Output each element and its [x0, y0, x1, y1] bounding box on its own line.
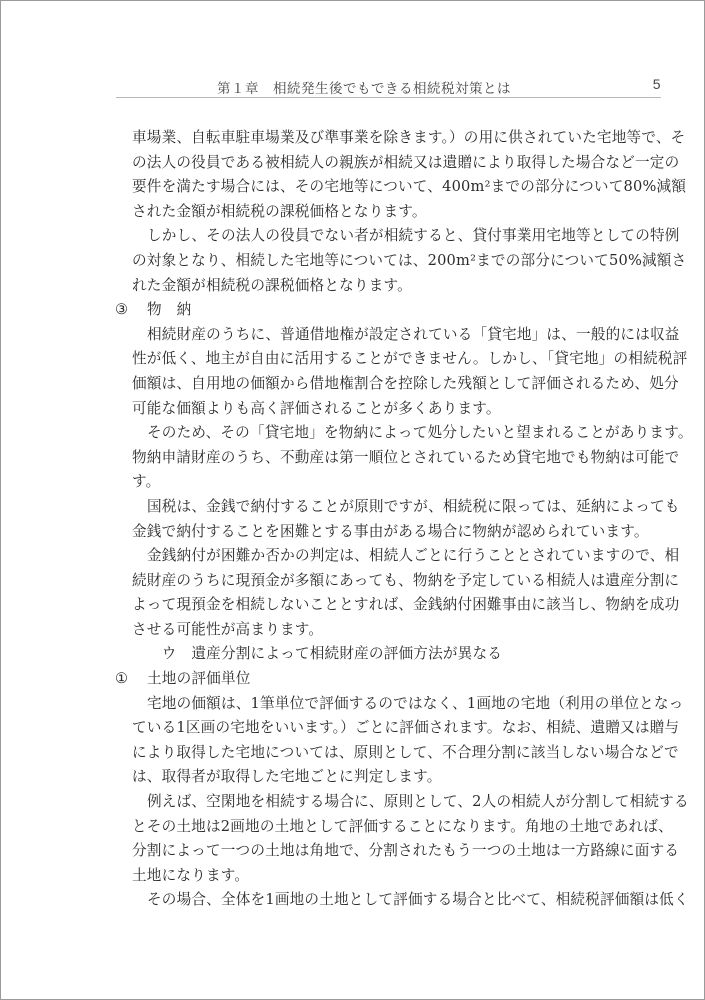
line-text: 相続財産のうちに、普通借地権が設定されている「貸宅地」は、一般的には収益	[147, 326, 680, 343]
paragraph-first-line: そのため、その「貸宅地」を物納によって処分したいと望まれることがあります。	[132, 421, 680, 446]
body-text: 車場業、自転車駐車場業及び準事業を除きます。）の用に供されていた宅地等で、その法…	[132, 126, 680, 913]
line-text: により取得した宅地については、原則として、不合理分割に該当しない場合などで	[132, 744, 679, 761]
line-text: れた金額が相続税の課税価格となります。	[132, 277, 412, 294]
line-text: させる可能性が高まります。	[132, 621, 323, 638]
paragraph-line: 金銭で納付することを困難とする事由がある場合に物納が認められています。	[132, 520, 680, 545]
numbered-heading: ③物 納	[115, 298, 680, 323]
line-text: ウ 遺産分割によって相続財産の評価方法が異なる	[147, 645, 502, 662]
paragraph-line: の法人の役員である被相続人の親族が相続又は遺贈により取得した場合など一定の	[132, 151, 680, 176]
line-text: された金額が相続税の課税価格となります。	[132, 203, 427, 220]
paragraph-line: された金額が相続税の課税価格となります。	[132, 200, 680, 225]
line-text: 価額は、自用地の価額から借地権割合を控除した残額として評価されるため、処分	[132, 375, 679, 392]
line-text: 車場業、自転車駐車場業及び準事業を除きます。）の用に供されていた宅地等で、そ	[132, 129, 685, 146]
paragraph-first-line: その場合、全体を1画地の土地として評価する場合と比べて、相続税評価額は低く	[132, 888, 680, 913]
line-text: 物納申請財産のうち、不動産は第一順位とされているため貸宅地でも物納は可能で	[132, 449, 679, 466]
line-text: 続財産のうちに現預金が多額にあっても、物納を予定している相続人は遺産分割に	[132, 572, 679, 589]
paragraph-line: よって現預金を相続しないこととすれば、金銭納付困難事由に該当し、物納を成功	[132, 593, 680, 618]
paragraph-line: とその土地は2画地の土地として評価することになります。角地の土地であれば、	[132, 815, 680, 840]
paragraph-line: 分割によって一つの土地は角地で、分割されたもう一つの土地は一方路線に面する	[132, 839, 680, 864]
paragraph-line: により取得した宅地については、原則として、不合理分割に該当しない場合などで	[132, 741, 680, 766]
line-text: 宅地の価額は、1筆単位で評価するのではなく、1画地の宅地（利用の単位となっ	[147, 695, 683, 712]
paragraph-line: 価額は、自用地の価額から借地権割合を控除した残額として評価されるため、処分	[132, 372, 680, 397]
line-text: 例えば、空閑地を相続する場合に、原則として、2人の相続人が分割して相続する	[147, 793, 689, 810]
paragraph-line: す。	[132, 470, 680, 495]
line-text: しかし、その法人の役員でない者が相続すると、貸付事業用宅地等としての特例	[147, 227, 680, 244]
paragraph-line: は、取得者が取得した宅地ごとに判定します。	[132, 765, 680, 790]
line-text: 国税は、金銭で納付することが原則ですが、相続税に限っては、延納によっても	[147, 498, 680, 515]
line-text: とその土地は2画地の土地として評価することになります。角地の土地であれば、	[132, 818, 673, 835]
line-text: 分割によって一つの土地は角地で、分割されたもう一つの土地は一方路線に面する	[132, 842, 679, 859]
line-text: その場合、全体を1画地の土地として評価する場合と比べて、相続税評価額は低く	[147, 891, 689, 908]
line-text: 土地になります。	[132, 867, 249, 884]
line-text: そのため、その「貸宅地」を物納によって処分したいと望まれることがあります。	[147, 424, 693, 441]
paragraph-first-line: 金銭納付が困難か否かの判定は、相続人ごとに行うこととされていますので、相	[132, 544, 680, 569]
line-text: ている1区画の宅地をいいます。）ごとに評価されます。なお、相続、遺贈又は贈与	[132, 719, 679, 736]
line-text: 金銭で納付することを困難とする事由がある場合に物納が認められています。	[132, 523, 649, 540]
line-text: の法人の役員である被相続人の親族が相続又は遺贈により取得した場合など一定の	[132, 154, 679, 171]
line-text: の対象となり、相続した宅地等については、200m²までの部分について50%減額さ	[132, 252, 686, 269]
heading-number: ③	[115, 298, 147, 323]
document-page: 第１章 相続発生後でもできる相続税対策とは 5 車場業、自転車駐車場業及び準事業…	[0, 0, 705, 1000]
paragraph-line: 続財産のうちに現預金が多額にあっても、物納を予定している相続人は遺産分割に	[132, 569, 680, 594]
line-text: よって現預金を相続しないこととすれば、金銭納付困難事由に該当し、物納を成功	[132, 596, 679, 613]
paragraph-line: 可能な価額よりも高く評価されることが多くあります。	[132, 397, 680, 422]
paragraph-line: 車場業、自転車駐車場業及び準事業を除きます。）の用に供されていた宅地等で、そ	[132, 126, 680, 151]
running-header: 第１章 相続発生後でもできる相続税対策とは 5	[116, 75, 661, 98]
line-text: 金銭納付が困難か否かの判定は、相続人ごとに行うこととされていますので、相	[147, 547, 679, 564]
line-text: す。	[132, 473, 160, 490]
paragraph-first-line: しかし、その法人の役員でない者が相続すると、貸付事業用宅地等としての特例	[132, 224, 680, 249]
paragraph-line: れた金額が相続税の課税価格となります。	[132, 274, 680, 299]
paragraph-line: させる可能性が高まります。	[132, 618, 680, 643]
line-text: 土地の評価単位	[147, 670, 251, 687]
paragraph-first-line: 宅地の価額は、1筆単位で評価するのではなく、1画地の宅地（利用の単位となっ	[132, 692, 680, 717]
paragraph-first-line: 国税は、金銭で納付することが原則ですが、相続税に限っては、延納によっても	[132, 495, 680, 520]
paragraph-line: 土地になります。	[132, 864, 680, 889]
paragraph-line: ている1区画の宅地をいいます。）ごとに評価されます。なお、相続、遺贈又は贈与	[132, 716, 680, 741]
heading-number: ①	[115, 667, 147, 692]
line-text: は、取得者が取得した宅地ごとに判定します。	[132, 768, 442, 785]
paragraph-first-line: 相続財産のうちに、普通借地権が設定されている「貸宅地」は、一般的には収益	[132, 323, 680, 348]
line-text: 物 納	[147, 301, 191, 318]
line-text: 要件を満たす場合には、その宅地等について、400m²までの部分について80%減額	[132, 178, 686, 195]
section-subheading: ウ 遺産分割によって相続財産の評価方法が異なる	[132, 642, 680, 667]
chapter-title: 第１章 相続発生後でもできる相続税対策とは	[217, 77, 511, 97]
paragraph-line: 性が低く、地主が自由に活用することができません。しかし、「貸宅地」の相続税評	[132, 347, 680, 372]
paragraph-line: 物納申請財産のうち、不動産は第一順位とされているため貸宅地でも物納は可能で	[132, 446, 680, 471]
line-text: 性が低く、地主が自由に活用することができません。しかし、「貸宅地」の相続税評	[132, 350, 687, 367]
paragraph-line: 要件を満たす場合には、その宅地等について、400m²までの部分について80%減額	[132, 175, 680, 200]
numbered-heading: ①土地の評価単位	[115, 667, 680, 692]
paragraph-line: の対象となり、相続した宅地等については、200m²までの部分について50%減額さ	[132, 249, 680, 274]
page-number: 5	[653, 76, 661, 92]
line-text: 可能な価額よりも高く評価されることが多くあります。	[132, 400, 501, 417]
paragraph-first-line: 例えば、空閑地を相続する場合に、原則として、2人の相続人が分割して相続する	[132, 790, 680, 815]
